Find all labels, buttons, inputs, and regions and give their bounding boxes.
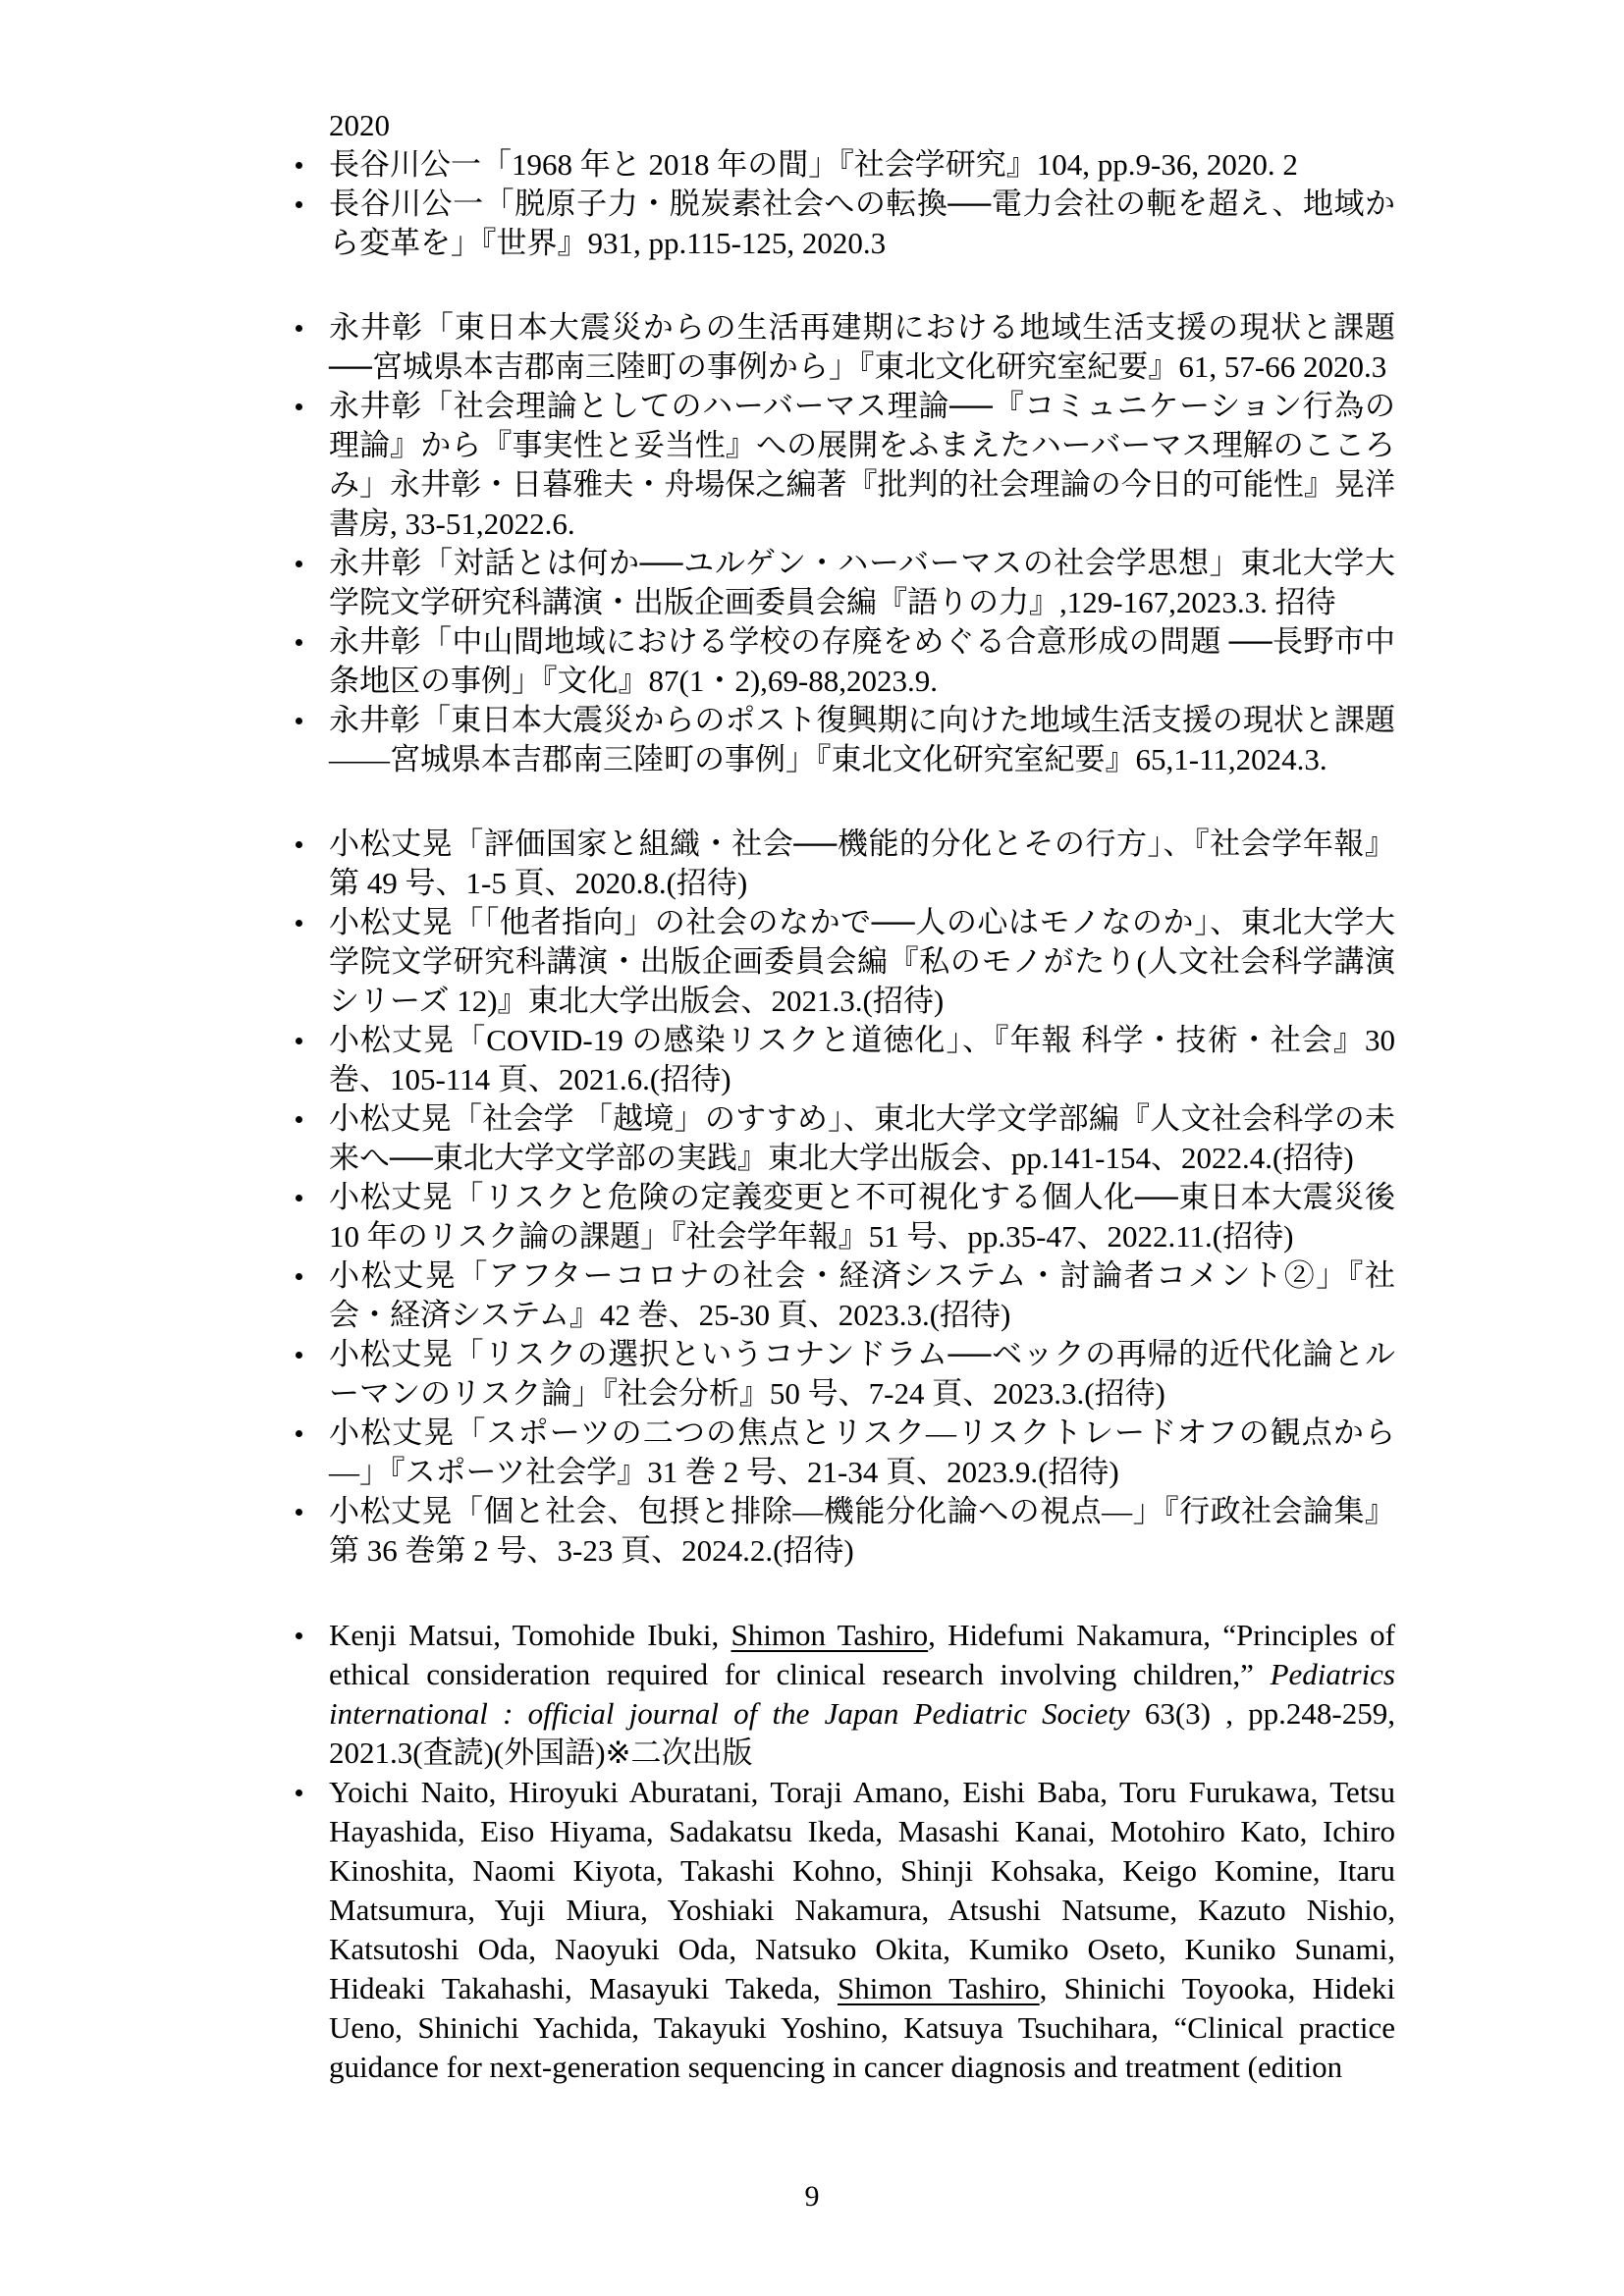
citation-text: Yoichi Naito, Hiroyuki Aburatani, Toraji… <box>329 1775 1395 2084</box>
list-item: 小松丈晃「評価国家と組織・社会──機能的分化とその行方」、『社会学年報』第 49… <box>329 825 1395 903</box>
citation-segment: 長谷川公一「脱原子力・脱炭素社会への転換──電力会社の軛を超え、地域から変革を」… <box>329 187 1395 260</box>
citation-text: Kenji Matsui, Tomohide Ibuki, Shimon Tas… <box>329 1618 1395 1770</box>
publication-group: 永井彰「東日本大震災からの生活再建期における地域生活支援の現状と課題──宮城県本… <box>329 308 1395 779</box>
citation-segment: 永井彰「中山間地域における学校の存廃をめぐる合意形成の問題 ──長野市中条地区の… <box>329 624 1395 698</box>
publication-group: Kenji Matsui, Tomohide Ibuki, Shimon Tas… <box>329 1616 1395 2087</box>
publication-group: 小松丈晃「評価国家と組織・社会──機能的分化とその行方」、『社会学年報』第 49… <box>329 825 1395 1571</box>
citation-segment: Kenji Matsui, Tomohide Ibuki, <box>329 1618 731 1652</box>
bullet-icon <box>296 718 302 724</box>
citation-text: 永井彰「東日本大震災からの生活再建期における地域生活支援の現状と課題──宮城県本… <box>329 310 1395 384</box>
citation-segment: 永井彰「対話とは何か──ユルゲン・ハーバーマスの社会学思想」東北大学大学院文学研… <box>329 546 1395 619</box>
citation-segment: 小松丈晃「個と社会、包摂と排除―機能分化論への視点―」『行政社会論集』第 36 … <box>329 1494 1395 1568</box>
bullet-icon <box>296 1430 302 1437</box>
citation-segment: 永井彰「東日本大震災からのポスト復興期に向けた地域生活支援の現状と課題――宮城県… <box>329 703 1395 776</box>
citation-segment: 小松丈晃「リスクと危険の定義変更と不可視化する個人化──東日本大震災後 10 年… <box>329 1180 1395 1254</box>
underlined-author-name: Shimon Tashiro <box>731 1618 929 1652</box>
year-heading: 2020 <box>329 106 1395 145</box>
citation-segment: 小松丈晃「リスクの選択というコナンドラム──ベックの再帰的近代化論とルーマンのリ… <box>329 1337 1395 1411</box>
bullet-icon <box>296 561 302 567</box>
bullet-icon <box>296 1509 302 1516</box>
citation-text: 小松丈晃「アフターコロナの社会・経済システム・討論者コメント②」『社会・経済シス… <box>329 1258 1395 1332</box>
bullet-icon <box>296 1273 302 1280</box>
citation-text: 小松丈晃「個と社会、包摂と排除―機能分化論への視点―」『行政社会論集』第 36 … <box>329 1494 1395 1568</box>
citation-segment: 長谷川公一「1968 年と 2018 年の間」『社会学研究』104, pp.9-… <box>329 147 1298 182</box>
bullet-icon <box>296 403 302 410</box>
citation-text: 小松丈晃「評価国家と組織・社会──機能的分化とその行方」、『社会学年報』第 49… <box>329 827 1395 900</box>
citation-text: 小松丈晃「COVID-19 の感染リスクと道徳化」、『年報 科学・技術・社会』3… <box>329 1023 1395 1096</box>
citation-segment: 小松丈晃「社会学 「越境」のすすめ」、東北大学文学部編『人文社会科学の未来へ──… <box>329 1101 1395 1175</box>
publication-group: 2020長谷川公一「1968 年と 2018 年の間」『社会学研究』104, p… <box>329 106 1395 263</box>
citation-segment: 小松丈晃「「他者指向」の社会のなかで──人の心はモノなのか」、東北大学大学院文学… <box>329 905 1395 1018</box>
list-item: Kenji Matsui, Tomohide Ibuki, Shimon Tas… <box>329 1616 1395 1773</box>
list-item: 小松丈晃「アフターコロナの社会・経済システム・討論者コメント②」『社会・経済シス… <box>329 1256 1395 1335</box>
bullet-icon <box>296 1195 302 1201</box>
list-item: 小松丈晃「スポーツの二つの焦点とリスク―リスクトレードオフの観点から―」『スポー… <box>329 1414 1395 1492</box>
bullet-icon <box>296 1632 302 1639</box>
bullet-icon <box>296 639 302 646</box>
citation-segment: 小松丈晃「アフターコロナの社会・経済システム・討論者コメント②」『社会・経済シス… <box>329 1258 1395 1332</box>
bullet-icon <box>296 325 302 332</box>
bullet-icon <box>296 1789 302 1796</box>
citation-segment: 小松丈晃「評価国家と組織・社会──機能的分化とその行方」、『社会学年報』第 49… <box>329 827 1395 900</box>
list-item: 小松丈晃「社会学 「越境」のすすめ」、東北大学文学部編『人文社会科学の未来へ──… <box>329 1099 1395 1178</box>
citation-text: 永井彰「対話とは何か──ユルゲン・ハーバーマスの社会学思想」東北大学大学院文学研… <box>329 546 1395 619</box>
citation-text: 小松丈晃「スポーツの二つの焦点とリスク―リスクトレードオフの観点から―」『スポー… <box>329 1415 1395 1489</box>
bullet-icon <box>296 920 302 927</box>
list-item: Yoichi Naito, Hiroyuki Aburatani, Toraji… <box>329 1773 1395 2087</box>
bullet-icon <box>296 841 302 848</box>
citation-text: 永井彰「社会理論としてのハーバーマス理論──『コミュニケーション行為の理論』から… <box>329 389 1395 541</box>
citation-segment: 小松丈晃「スポーツの二つの焦点とリスク―リスクトレードオフの観点から―」『スポー… <box>329 1415 1395 1489</box>
page-number: 9 <box>0 2177 1624 2216</box>
list-item: 長谷川公一「脱原子力・脱炭素社会への転換──電力会社の軛を超え、地域から変革を」… <box>329 185 1395 263</box>
bullet-icon <box>296 1038 302 1044</box>
bullet-icon <box>296 201 302 208</box>
bullet-icon <box>296 1352 302 1359</box>
citation-segment: 永井彰「東日本大震災からの生活再建期における地域生活支援の現状と課題──宮城県本… <box>329 310 1395 384</box>
list-item: 永井彰「中山間地域における学校の存廃をめぐる合意形成の問題 ──長野市中条地区の… <box>329 622 1395 701</box>
underlined-author-name: Shimon Tashiro <box>838 1971 1040 2005</box>
citation-text: 永井彰「中山間地域における学校の存廃をめぐる合意形成の問題 ──長野市中条地区の… <box>329 624 1395 698</box>
document-page: 2020長谷川公一「1968 年と 2018 年の間」『社会学研究』104, p… <box>0 0 1624 2296</box>
list-item: 小松丈晃「COVID-19 の感染リスクと道徳化」、『年報 科学・技術・社会』3… <box>329 1021 1395 1099</box>
citation-segment: 小松丈晃「COVID-19 の感染リスクと道徳化」、『年報 科学・技術・社会』3… <box>329 1023 1395 1096</box>
citation-text: 小松丈晃「リスクの選択というコナンドラム──ベックの再帰的近代化論とルーマンのリ… <box>329 1337 1395 1411</box>
list-item: 小松丈晃「個と社会、包摂と排除―機能分化論への視点―」『行政社会論集』第 36 … <box>329 1492 1395 1571</box>
bullet-icon <box>296 1116 302 1123</box>
citation-text: 小松丈晃「社会学 「越境」のすすめ」、東北大学文学部編『人文社会科学の未来へ──… <box>329 1101 1395 1175</box>
citation-segment: 永井彰「社会理論としてのハーバーマス理論──『コミュニケーション行為の理論』から… <box>329 389 1395 541</box>
bullet-icon <box>296 162 302 169</box>
list-item: 永井彰「対話とは何か──ユルゲン・ハーバーマスの社会学思想」東北大学大学院文学研… <box>329 544 1395 622</box>
citation-text: 長谷川公一「1968 年と 2018 年の間」『社会学研究』104, pp.9-… <box>329 147 1298 182</box>
citation-text: 小松丈晃「リスクと危険の定義変更と不可視化する個人化──東日本大震災後 10 年… <box>329 1180 1395 1254</box>
list-item: 小松丈晃「「他者指向」の社会のなかで──人の心はモノなのか」、東北大学大学院文学… <box>329 903 1395 1021</box>
list-item: 小松丈晃「リスクの選択というコナンドラム──ベックの再帰的近代化論とルーマンのリ… <box>329 1335 1395 1414</box>
list-item: 小松丈晃「リスクと危険の定義変更と不可視化する個人化──東日本大震災後 10 年… <box>329 1178 1395 1256</box>
list-item: 永井彰「東日本大震災からのポスト復興期に向けた地域生活支援の現状と課題――宮城県… <box>329 701 1395 779</box>
list-item: 長谷川公一「1968 年と 2018 年の間」『社会学研究』104, pp.9-… <box>329 145 1395 185</box>
citation-text: 永井彰「東日本大震災からのポスト復興期に向けた地域生活支援の現状と課題――宮城県… <box>329 703 1395 776</box>
list-item: 永井彰「社会理論としてのハーバーマス理論──『コミュニケーション行為の理論』から… <box>329 387 1395 544</box>
citation-text: 長谷川公一「脱原子力・脱炭素社会への転換──電力会社の軛を超え、地域から変革を」… <box>329 187 1395 260</box>
citation-text: 小松丈晃「「他者指向」の社会のなかで──人の心はモノなのか」、東北大学大学院文学… <box>329 905 1395 1018</box>
list-item: 永井彰「東日本大震災からの生活再建期における地域生活支援の現状と課題──宮城県本… <box>329 308 1395 387</box>
bibliography: 2020長谷川公一「1968 年と 2018 年の間」『社会学研究』104, p… <box>329 106 1395 2087</box>
